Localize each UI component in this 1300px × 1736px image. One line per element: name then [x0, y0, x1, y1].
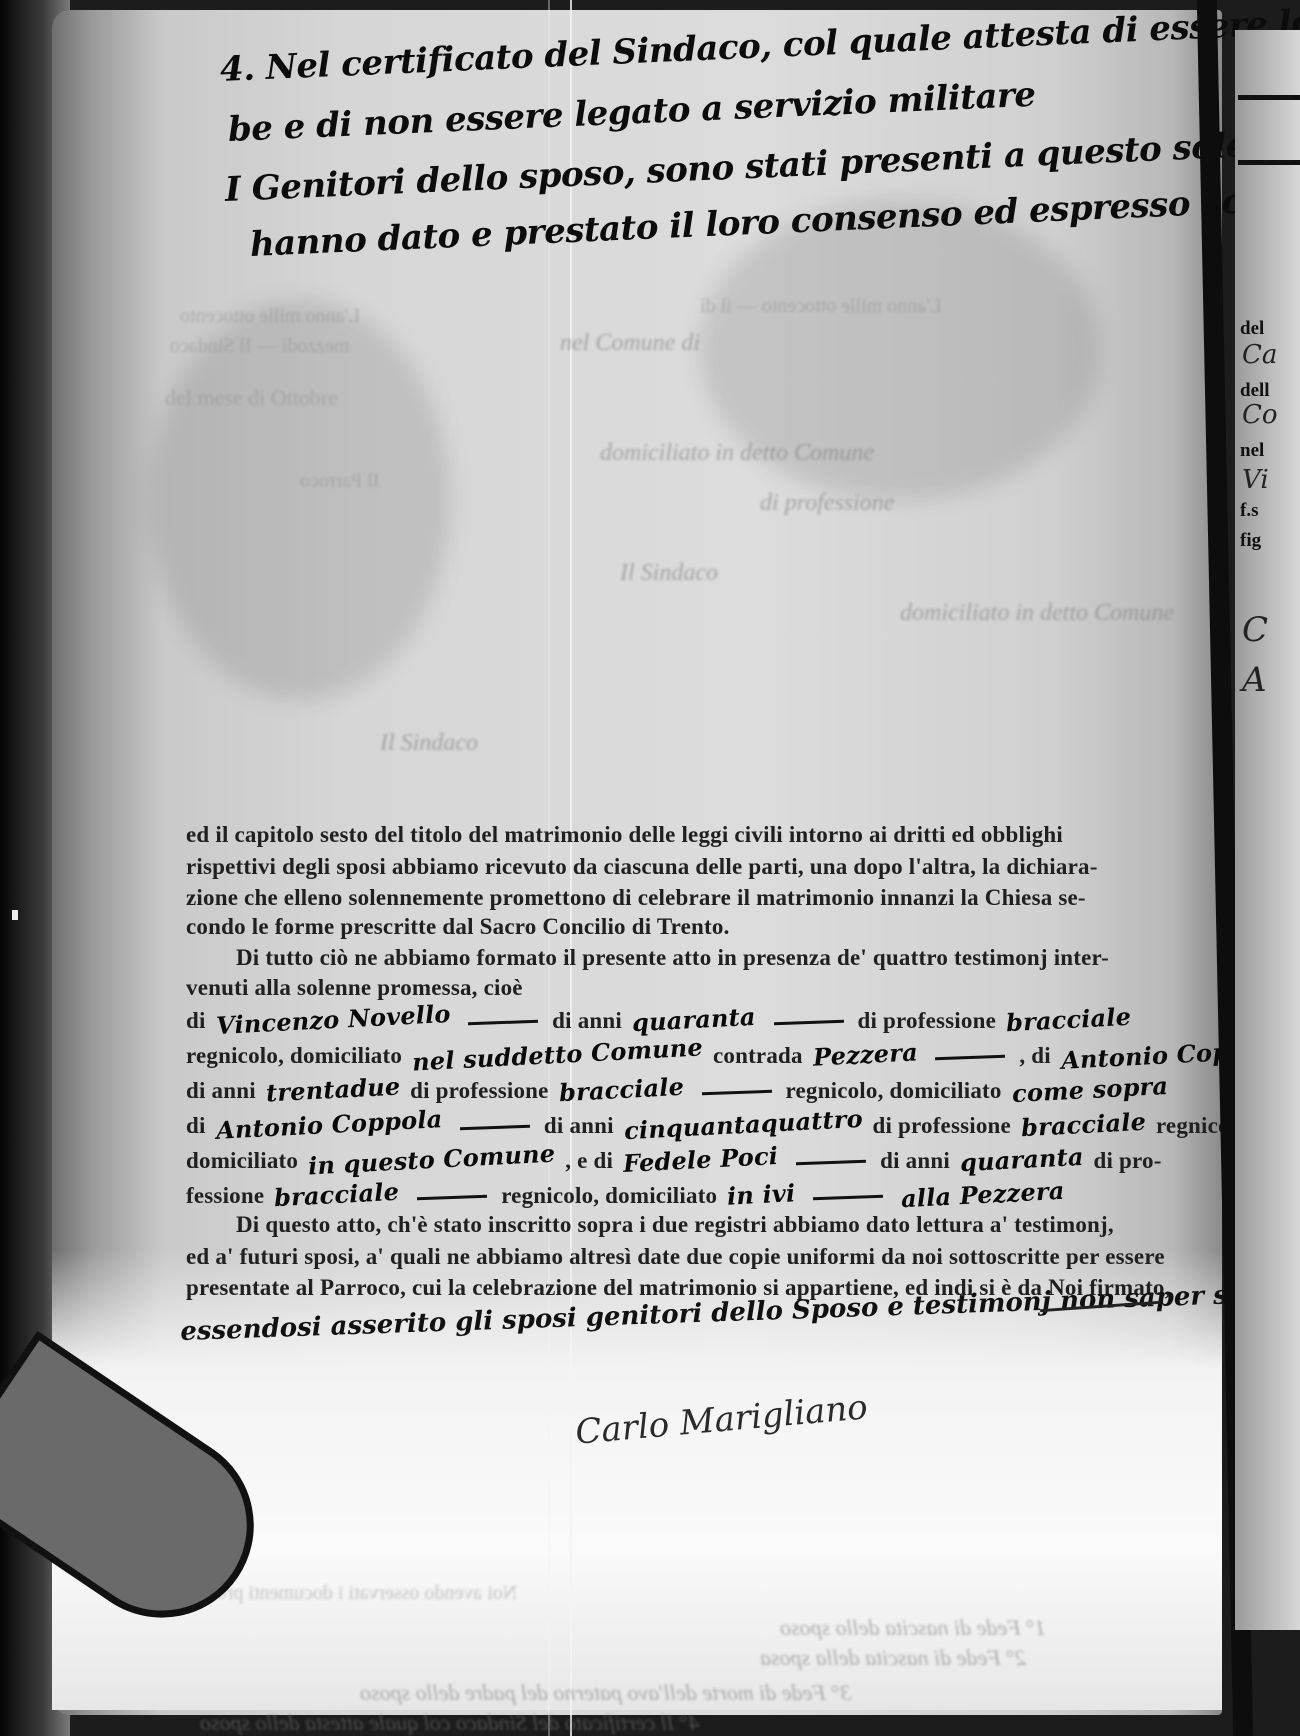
fill-dash — [813, 1195, 883, 1200]
adjacent-page-hand: A — [1242, 660, 1267, 700]
witness-line-1: di Vincenzo Novello di anni quaranta di … — [186, 1005, 1135, 1034]
printed-text-line: condo le forme prescritte dal Sacro Conc… — [186, 914, 730, 940]
bleed-text: 1° Fede di nascita dello sposo — [780, 1615, 1046, 1641]
fill-dash — [774, 1020, 844, 1025]
witness-residence: in ivi — [726, 1178, 796, 1211]
printed-text-line: zione che elleno solennemente promettono… — [186, 885, 1086, 911]
bleed-text: 3° Fede di morte dell'avo paterno del pa… — [360, 1680, 851, 1706]
adjacent-page-word: nel — [1240, 440, 1264, 462]
fill-dash — [460, 1125, 530, 1130]
witness-age: trentadue — [265, 1072, 401, 1108]
witness-profession: bracciale — [1020, 1107, 1146, 1143]
witness-profession: bracciale — [558, 1072, 684, 1108]
adjacent-page-hand: C — [1242, 610, 1268, 650]
bleed-text: Il Sindaco — [380, 730, 478, 757]
witness-name: Fedele Poci — [622, 1141, 778, 1178]
adjacent-page-hand: Vi — [1242, 465, 1269, 495]
witness-profession: bracciale — [274, 1177, 400, 1213]
adjacent-page — [1235, 30, 1300, 1630]
bleed-text: nel Comune di — [560, 330, 700, 357]
printed-text-line: Di tutto ciò ne abbiamo formato il prese… — [236, 945, 1109, 971]
fill-dash — [796, 1160, 866, 1165]
witness-age: quaranta — [959, 1142, 1084, 1177]
fill-dash — [702, 1090, 772, 1095]
adjacent-page-word: del — [1240, 318, 1264, 340]
bleed-text: 4° Il certificato del Sindaco col quale … — [200, 1710, 699, 1736]
witness-line-2: regnicolo, domiciliato nel suddetto Comu… — [186, 1040, 1291, 1069]
fill-dash — [935, 1055, 1005, 1060]
witness-street: alla Pezzera — [901, 1176, 1066, 1214]
fill-dash — [417, 1195, 487, 1200]
adjacent-page-word: f.s — [1240, 500, 1258, 522]
bleed-text: L'anno mille ottocento — [180, 305, 360, 328]
adjacent-page-rule — [1238, 95, 1300, 100]
bleed-text: domiciliato in detto Comune — [600, 440, 874, 467]
adjacent-page-word: fig — [1240, 530, 1261, 552]
witness-street: Pezzera — [812, 1037, 918, 1071]
scanned-document: L'anno mille ottocento mezzodì — Il Sind… — [0, 0, 1300, 1736]
paper-stain — [150, 300, 450, 700]
witness-line-3: di anni trentadue di professione braccia… — [186, 1075, 1172, 1104]
witness-name: Vincenzo Novello — [215, 999, 451, 1040]
bleed-text: mezzodì — Il Sindaco — [170, 335, 349, 358]
bleed-text: Il Sindaco — [620, 560, 718, 587]
bleed-text: domiciliato in detto Comune — [900, 600, 1174, 627]
adjacent-page-hand: Ca — [1242, 340, 1277, 370]
printed-text-line: venuti alla solenne promessa, cioè — [186, 975, 523, 1001]
printed-text-line: rispettivi degli sposi abbiamo ricevuto … — [186, 854, 1098, 880]
scan-speck — [12, 910, 18, 920]
bleed-text: L'anno mille ottocento — il dì — [700, 295, 942, 318]
witness-line-4: di Antonio Coppola di anni cinquantaquat… — [186, 1110, 1254, 1139]
adjacent-page-hand: Co — [1242, 400, 1278, 430]
printed-text-line: Di questo atto, ch'è stato inscritto sop… — [236, 1212, 1114, 1238]
witness-residence: come sopra — [1011, 1071, 1168, 1108]
witness-line-6: fessione bracciale regnicolo, domiciliat… — [186, 1180, 1069, 1209]
fill-dash — [468, 1020, 538, 1025]
witness-profession: bracciale — [1005, 1002, 1131, 1038]
bleed-text: del mese di Ottobre — [165, 385, 338, 411]
bleed-text: 2° Fede di nascita della sposa — [760, 1645, 1026, 1671]
adjacent-page-rule — [1238, 160, 1300, 165]
printed-text-line: ed il capitolo sesto del titolo del matr… — [186, 822, 1063, 848]
printed-text-line: ed a' futuri sposi, a' quali ne abbiamo … — [186, 1244, 1165, 1270]
witness-line-5: domiciliato in questo Comune , e di Fede… — [186, 1145, 1162, 1174]
bleed-text: di professione — [760, 490, 894, 517]
bleed-text: Il Parroco — [300, 470, 379, 493]
witness-name: Antonio Coppola — [215, 1104, 443, 1145]
adjacent-page-word: dell — [1240, 380, 1270, 402]
